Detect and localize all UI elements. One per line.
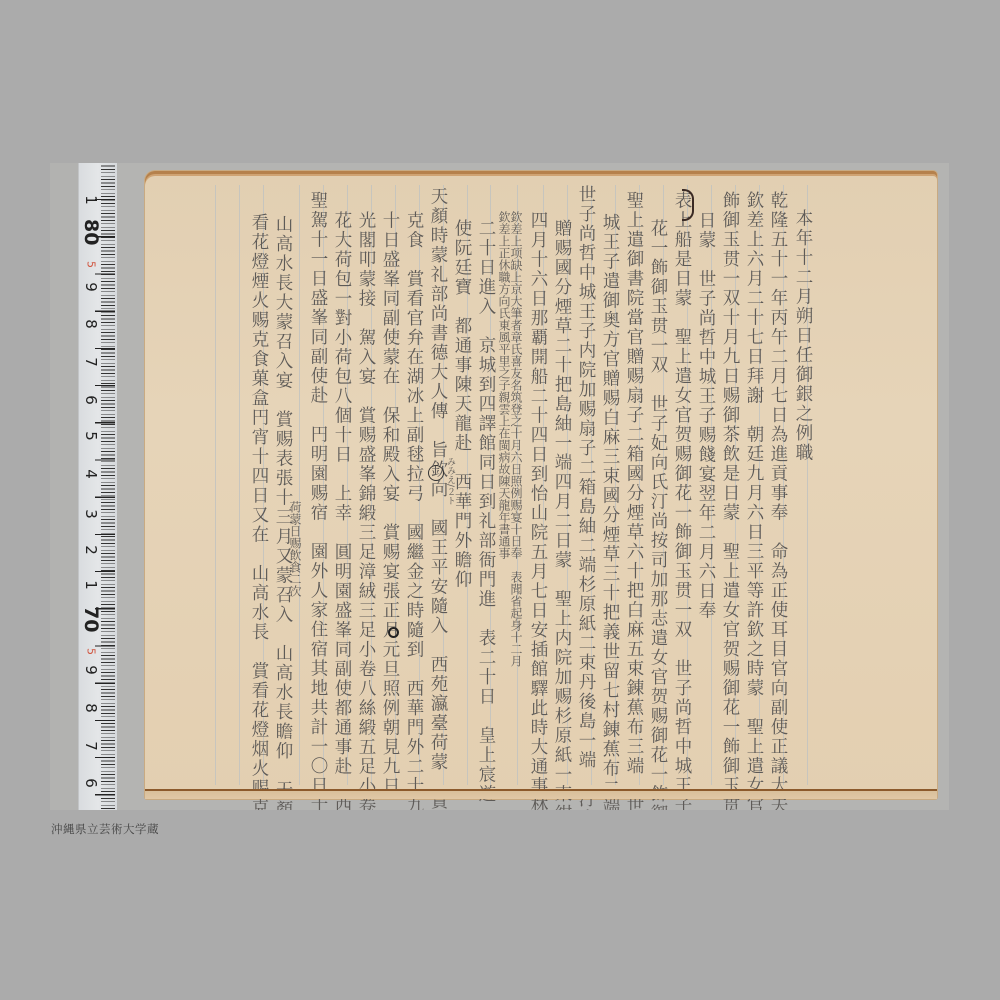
column-rule-line: [239, 185, 240, 785]
manuscript-photo: 18059876543217059876 本年十二月朔日任御銀之例職乾隆五十一年…: [50, 163, 949, 810]
measuring-ruler: 18059876543217059876: [78, 163, 117, 810]
bracket-mark: [682, 189, 694, 221]
manuscript-column-c22: 聖駕十一日盛峯同副使赴 円明園赐宿 園外人家住宿其地共計一〇日十二日叩蒙召入: [307, 191, 329, 810]
manuscript-column-c14: 欽差上正休職方向氏東風平里之子親雲上在閩病故陳天龍年書通事: [497, 211, 511, 559]
ruler-label: 4: [82, 464, 100, 484]
manuscript-column-c20: 光閣叩蒙接 駕入宴 賞赐盛峯錦緞三足漳絨三足小卷八絲緞五足小卷五絲緞五足: [355, 211, 377, 810]
manuscript-column-c16: 使阮廷寶 都通事陳天龍赴 西華門外瞻仰: [451, 219, 473, 590]
manuscript-column-c19: 十日盛峯同副使蒙在 保和殿入宴 賞赐宴張正月元旦照例朝見九日 上幸 紫: [379, 211, 401, 810]
manuscript-column-c11: 贈赐國分煙草二十把島紬一端四月二日蒙 聖上内院加赐杉原紙一束紺島細上布一端: [551, 219, 573, 810]
column-rule-line: [299, 185, 300, 785]
manuscript-column-c15: 二十日進入 京城到四譯館同日到礼部衙門進 表二十日 皇上宸遊 西苑盛峯 同副: [475, 219, 497, 810]
ruler-label: 2: [82, 540, 100, 560]
ruler-label: 1: [82, 190, 100, 210]
manuscript-column-c12: 四月十六日那覇開船二十四日到怡山院五月七日安插館驛此時大通事林謙新全城里之子親: [527, 211, 549, 810]
collection-caption: 沖縄県立芸術大学蔵: [51, 821, 159, 837]
manuscript-column-c3: 欽差上六月二十七日拜謝 朝廷九月六日三平等許欽之時蒙 聖上遣女官贺赐御花一: [743, 191, 765, 810]
manuscript-column-c13: 欽差上项缺上京大筆者章氏喜友名筑登之十月六日照例赐宴十日奉 表聞省起身十二月: [509, 211, 523, 667]
ruler-label: 6: [82, 390, 100, 410]
manuscript-column-c18: 克食 賞看官弁在湖冰上副毬拉弓 國繼金之時隨到 西華門外二十九日奉納貢物三: [403, 211, 425, 810]
ruler-label: 9: [82, 277, 100, 297]
ruler-label: 8: [82, 698, 100, 718]
manuscript-paper: 本年十二月朔日任御銀之例職乾隆五十一年丙午二月七日為進貢事奉 命為正使耳目官向副…: [145, 171, 937, 799]
zero-circle-mark: [388, 627, 399, 638]
manuscript-column-c1: 本年十二月朔日任御銀之例職: [792, 209, 814, 463]
manuscript-column-c24: 山高水長大蒙召入宴 賞赐表張十三月又蒙召入 山高水長瞻仰 天顏 賞: [272, 215, 294, 810]
ruler-label: 5: [85, 642, 98, 662]
margin-annotation: みみえ/２ト: [445, 457, 455, 505]
ruler-label: 5: [85, 255, 98, 275]
ruler-label: 9: [82, 660, 100, 680]
manuscript-column-c25: 看花燈煙火赐克食菓盒円宵十四日又在 山高水長 賞看花燈烟火赐克食菓: [248, 213, 270, 810]
ruler-label: 7: [82, 736, 100, 756]
ruler-label: 6: [82, 773, 100, 793]
manuscript-column-c5: 日蒙 世子尚哲中城王子赐餞宴翌年二月六日奉: [695, 211, 717, 621]
manuscript-column-c2: 乾隆五十一年丙午二月七日為進貢事奉 命為正使耳目官向副使正議大夫阮廷寶吉湲: [767, 191, 789, 810]
manuscript-column-c8: 聖上遣御書院當官贈赐扇子二箱國分煙草六十把白麻五束錬蕉布三端 世子尚哲中: [623, 191, 645, 810]
manuscript-column-c21: 花大荷包一對小荷包八個十日 上幸 圓明園盛峯同副使都通事赴 西安門外迎送: [331, 211, 353, 810]
ruler-label: 80: [80, 219, 102, 239]
manuscript-column-c10: 世子尚哲中城王子内院加赐扇子二箱島紬二端杉原紙二束丹後島一端 汀尚按司加那志内院: [575, 185, 597, 810]
ruler-label: 3: [82, 504, 100, 524]
ruler-label: 70: [80, 606, 102, 626]
manuscript-column-c9: 城王子遣御奥方官贈赐白麻三束國分煙草三十把義世留七村錬蕉布二端三月二十九日蒙: [599, 213, 621, 810]
ruler-label: 1: [82, 575, 100, 595]
manuscript-column-c4: 飾御玉贯一双十月九日赐御茶飲是日蒙 聖上遣女官贺赐御花一飾御玉贯一双十二月十: [719, 191, 741, 810]
ruler-label: 7: [82, 352, 100, 372]
manuscript-column-c7: 花一飾御玉贯一双 世子妃向氏汀尚按司加那志遣女官贺赐御花一飾御玉贯一双十六日蒙: [647, 219, 669, 810]
column-rule-line: [215, 185, 216, 785]
background-strip: [50, 163, 78, 810]
ruler-label: 8: [82, 314, 100, 334]
manuscript-column-c6: 表上船是日蒙 聖上遣女官贺赐御花一飾御玉贯一双 世子尚哲中城王子遣女官贺赐御: [671, 191, 693, 810]
ruler-label: 5: [82, 426, 100, 446]
circle-annotation-mark: [428, 465, 444, 481]
